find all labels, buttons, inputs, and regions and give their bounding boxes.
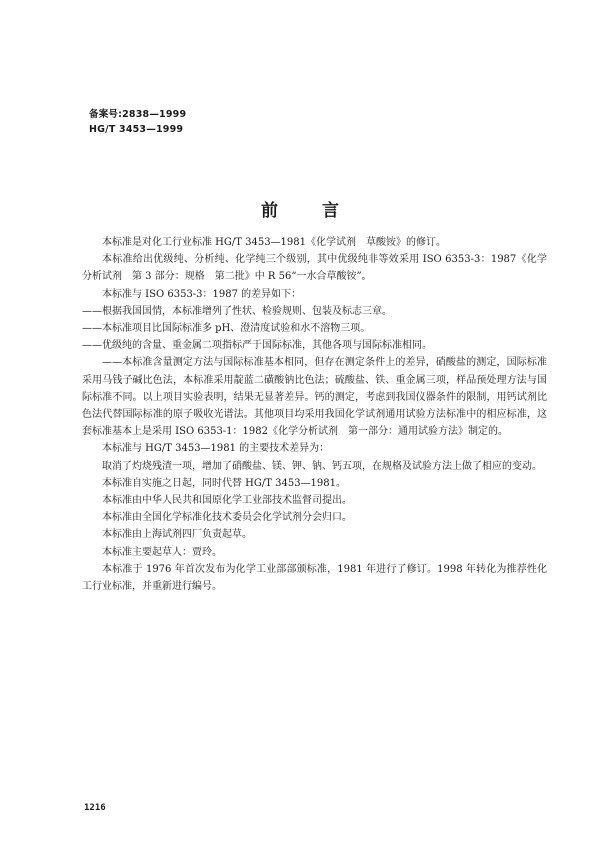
filing-number: 备案号:2838—1999: [89, 107, 186, 122]
document-page: 备案号:2838—1999 HG/T 3453—1999 前言 本标准是对化工行…: [0, 0, 600, 851]
paragraph: 本标准给出优级纯、分析纯、化学纯三个级别，其中优级纯非等效采用 ISO 6353…: [82, 251, 547, 285]
foreword-body: 本标准是对化工行业标准 HG/T 3453—1981《化学试剂 草酸铵》的修订。…: [82, 234, 547, 595]
list-item: ——本标准含量测定方法与国际标准基本相同，但存在测定条件上的差异，硝酸盐的测定，…: [82, 354, 547, 440]
document-header: 备案号:2838—1999 HG/T 3453—1999: [89, 107, 186, 137]
paragraph: 本标准由上海试剂四厂负责起草。: [82, 526, 547, 543]
paragraph: 本标准与 HG/T 3453—1981 的主要技术差异为：: [82, 440, 547, 457]
paragraph: 取消了灼烧残渣一项，增加了硝酸盐、镁、钾、钠、钙五项，在规格及试验方法上做了相应…: [82, 458, 547, 475]
page-title: 前言: [0, 196, 600, 221]
paragraph: 本标准由中华人民共和国原化学工业部技术监督司提出。: [82, 492, 547, 509]
paragraph: 本标准与 ISO 6353-3：1987 的差异如下：: [82, 286, 547, 303]
list-item: ——根据我国国情，本标准增列了性状、检验规则、包装及标志三章。: [82, 303, 547, 320]
paragraph: 本标准于 1976 年首次发布为化学工业部部颁标准，1981 年进行了修订。19…: [82, 561, 547, 595]
paragraph: 本标准自实施之日起，同时代替 HG/T 3453—1981。: [82, 475, 547, 492]
paragraph: 本标准主要起草人：贾玲。: [82, 544, 547, 561]
list-item: ——本标准项目比国际标准多 pH、澄清度试验和水不溶物三项。: [82, 320, 547, 337]
paragraph: 本标准是对化工行业标准 HG/T 3453—1981《化学试剂 草酸铵》的修订。: [82, 234, 547, 251]
standard-code: HG/T 3453—1999: [89, 122, 186, 137]
list-item: ——优级纯的含量、重金属二项指标严于国际标准，其他各项与国际标准相同。: [82, 337, 547, 354]
paragraph: 本标准由全国化学标准化技术委员会化学试剂分会归口。: [82, 509, 547, 526]
page-number: 1216: [84, 803, 106, 813]
